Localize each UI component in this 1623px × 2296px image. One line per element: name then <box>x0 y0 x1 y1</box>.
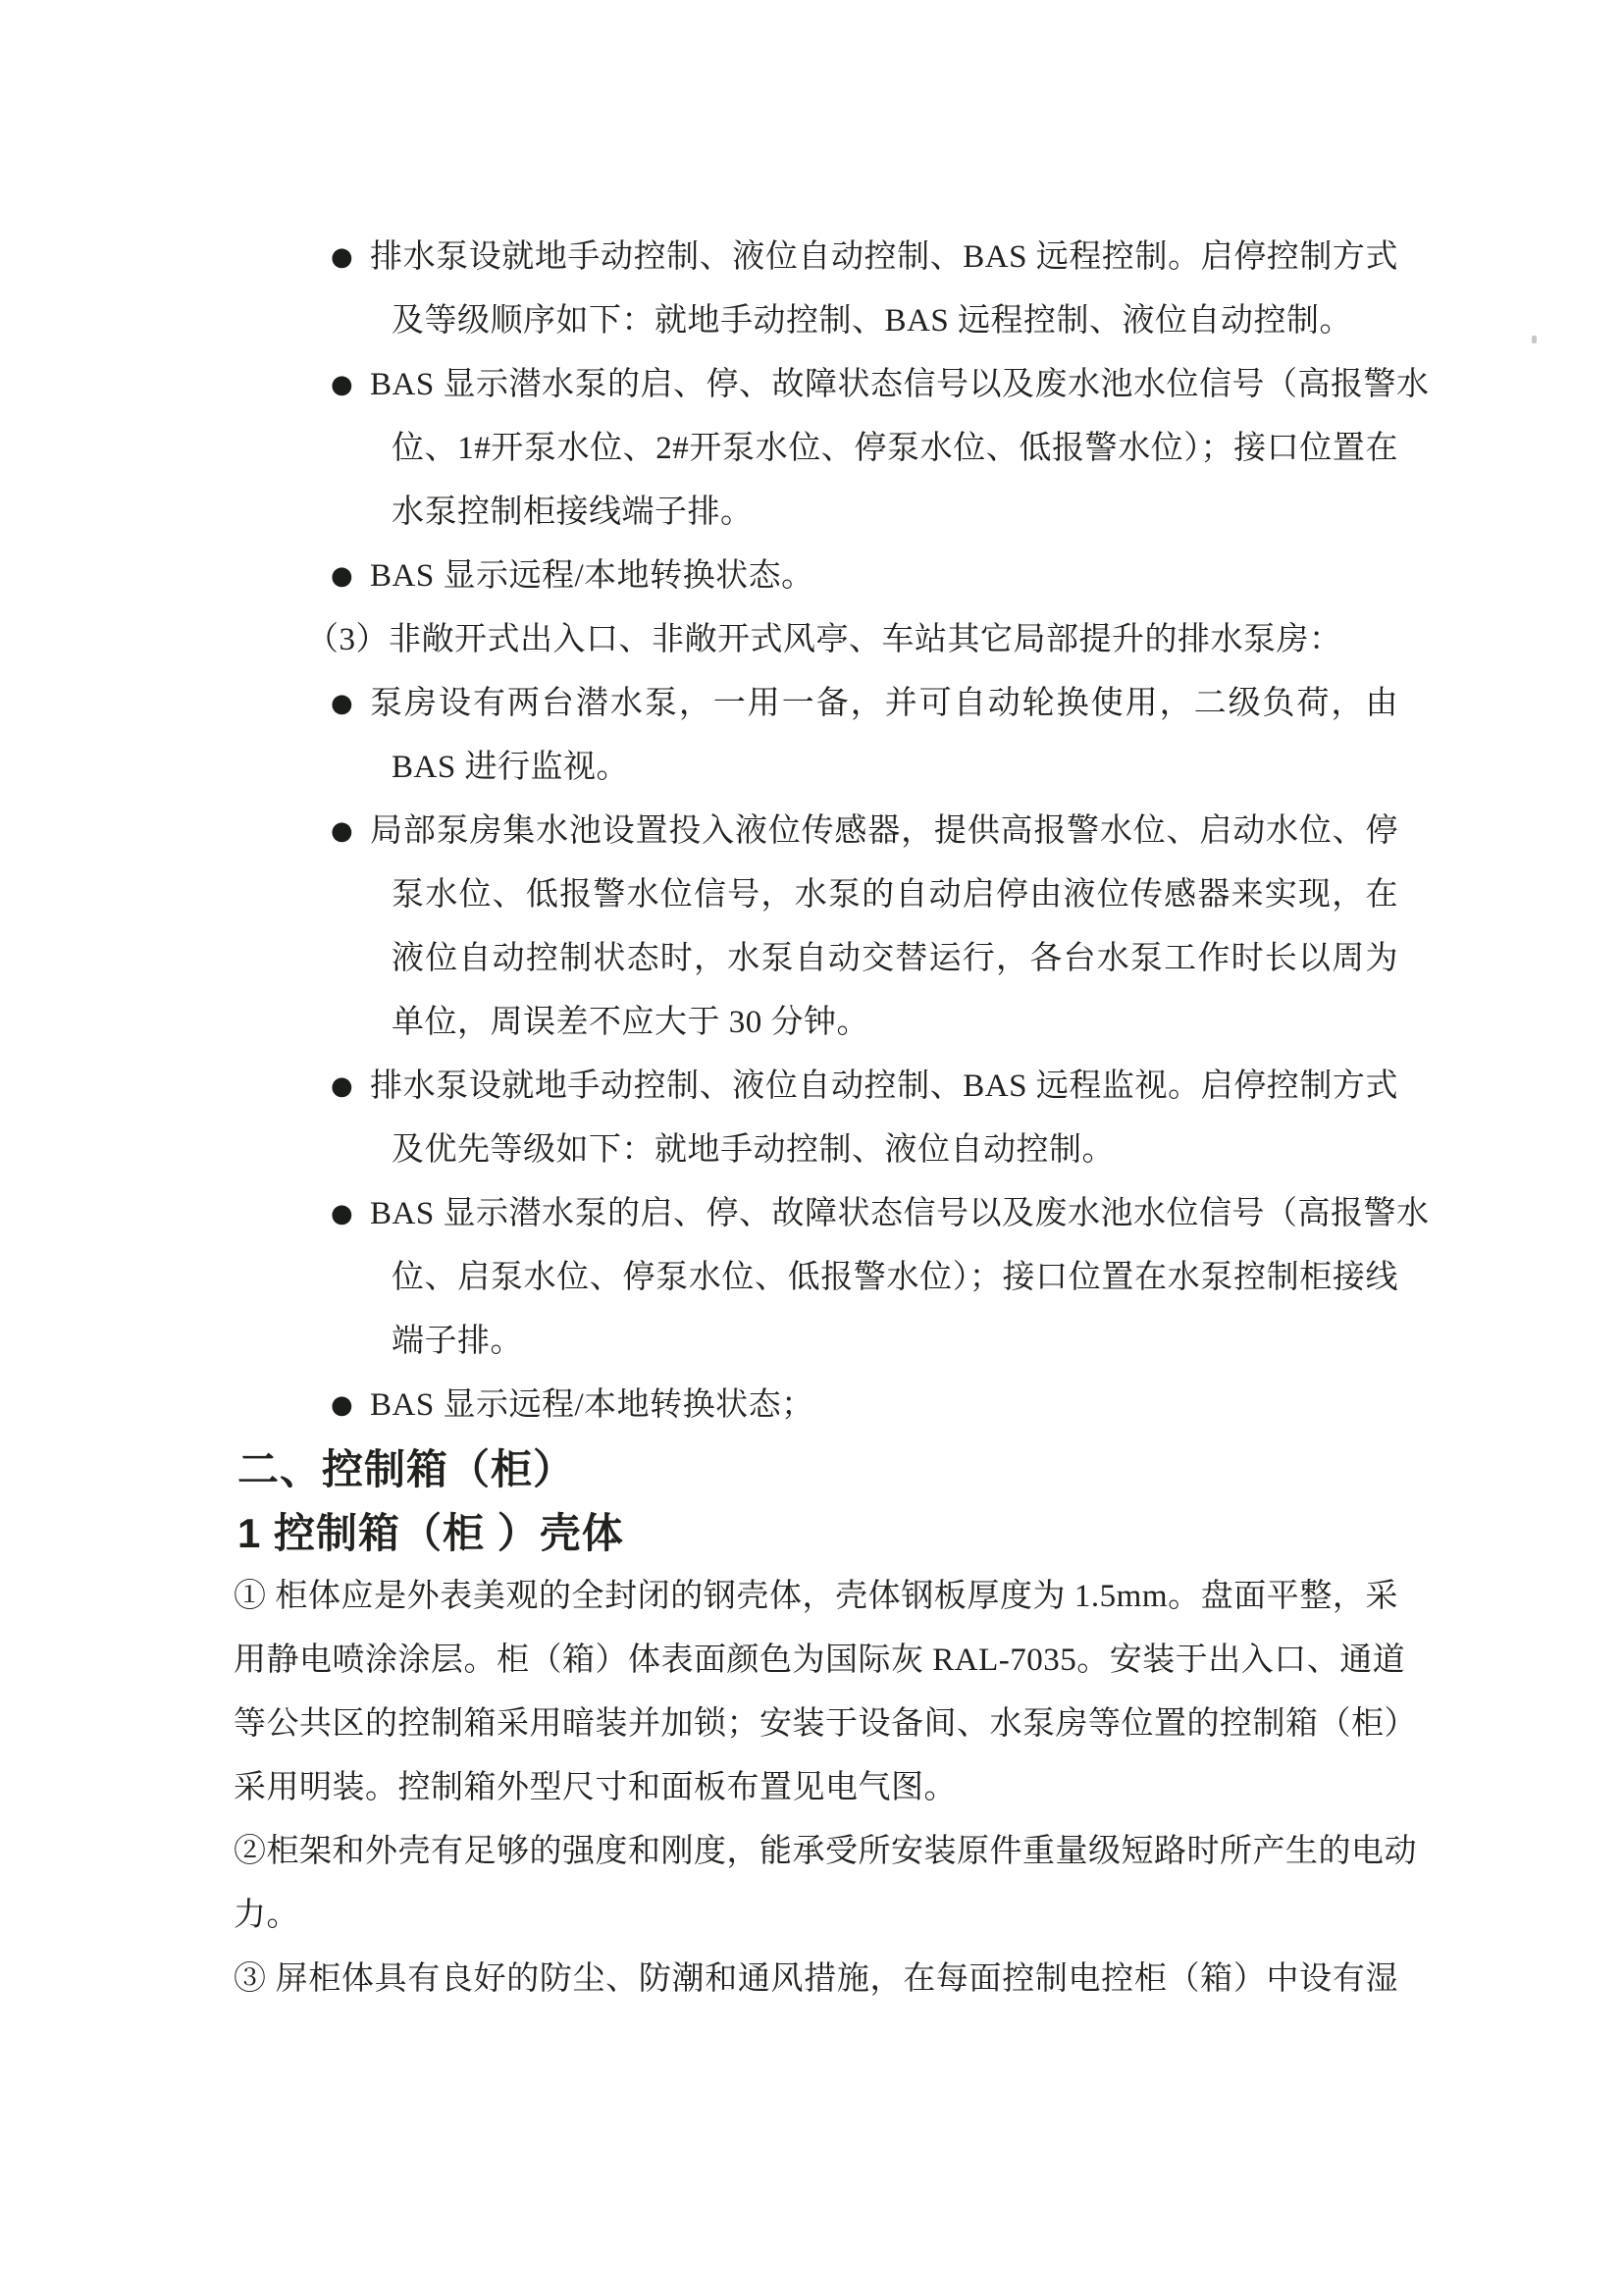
bullet-item: ●BAS 显示潜水泵的启、停、故障状态信号以及废水池水位信号（高报警水位、启泵水… <box>234 1182 1398 1374</box>
text-line: BAS 显示远程/本地转换状态。 <box>234 545 1398 608</box>
text-line: 等公共区的控制箱采用暗装并加锁；安装于设备间、水泵房等位置的控制箱（柜） <box>234 1693 1398 1756</box>
text-line: 泵水位、低报警水位信号，水泵的自动启停由液位传感器来实现，在 <box>234 863 1398 927</box>
text-line: 液位自动控制状态时，水泵自动交替运行，各台水泵工作时长以周为 <box>234 927 1398 991</box>
text-line: 采用明装。控制箱外型尺寸和面板布置见电气图。 <box>234 1756 1398 1820</box>
body-paragraph: ③ 屏柜体具有良好的防尘、防潮和通风措施，在每面控制电控柜（箱）中设有湿 <box>234 1948 1398 2011</box>
text-line: 排水泵设就地手动控制、液位自动控制、BAS 远程监视。启停控制方式 <box>234 1055 1398 1119</box>
bullet-icon: ● <box>331 1182 353 1246</box>
bullet-icon: ● <box>331 800 353 863</box>
document-page: ●排水泵设就地手动控制、液位自动控制、BAS 远程控制。启停控制方式及等级顺序如… <box>0 0 1623 2296</box>
text-line: （3）非敞开式出入口、非敞开式风亭、车站其它局部提升的排水泵房： <box>234 608 1398 672</box>
text-line: BAS 显示潜水泵的启、停、故障状态信号以及废水池水位信号（高报警水 <box>234 353 1398 417</box>
bullet-icon: ● <box>331 226 353 289</box>
body-paragraph: ②柜架和外壳有足够的强度和刚度，能承受所安装原件重量级短路时所产生的电动力。 <box>234 1820 1398 1948</box>
text-line: 位、1#开泵水位、2#开泵水位、停泵水位、低报警水位）；接口位置在 <box>234 417 1398 481</box>
text-line: 1 控制箱（柜 ）壳体 <box>234 1501 1398 1565</box>
text-line: ③ 屏柜体具有良好的防尘、防潮和通风措施，在每面控制电控柜（箱）中设有湿 <box>234 1948 1398 2011</box>
bullet-icon: ● <box>331 1374 353 1437</box>
text-line: 用静电喷涂涂层。柜（箱）体表面颜色为国际灰 RAL-7035。安装于出入口、通道 <box>234 1629 1398 1693</box>
section-heading: 二、控制箱（柜） <box>234 1437 1398 1501</box>
text-line: BAS 进行监视。 <box>234 736 1398 800</box>
numbered-item: （3）非敞开式出入口、非敞开式风亭、车站其它局部提升的排水泵房： <box>234 608 1398 672</box>
text-line: 水泵控制柜接线端子排。 <box>234 481 1398 545</box>
text-line: 单位，周误差不应大于 30 分钟。 <box>234 991 1398 1055</box>
bullet-item: ●BAS 显示远程/本地转换状态。 <box>234 545 1398 608</box>
text-line: 端子排。 <box>234 1310 1398 1374</box>
bullet-item: ●BAS 显示潜水泵的启、停、故障状态信号以及废水池水位信号（高报警水位、1#开… <box>234 353 1398 545</box>
text-line: BAS 显示远程/本地转换状态； <box>234 1374 1398 1437</box>
body-paragraph: ① 柜体应是外表美观的全封闭的钢壳体，壳体钢板厚度为 1.5mm。盘面平整，采用… <box>234 1565 1398 1820</box>
bullet-icon: ● <box>331 1055 353 1119</box>
text-line: 二、控制箱（柜） <box>234 1437 1398 1501</box>
text-line: 及优先等级如下：就地手动控制、液位自动控制。 <box>234 1119 1398 1182</box>
document-content: ●排水泵设就地手动控制、液位自动控制、BAS 远程控制。启停控制方式及等级顺序如… <box>234 226 1398 2011</box>
text-line: 局部泵房集水池设置投入液位传感器，提供高报警水位、启动水位、停 <box>234 800 1398 863</box>
text-line: 泵房设有两台潜水泵，一用一备，并可自动轮换使用，二级负荷，由 <box>234 672 1398 736</box>
scan-speck <box>1532 336 1537 343</box>
text-line: 排水泵设就地手动控制、液位自动控制、BAS 远程控制。启停控制方式 <box>234 226 1398 289</box>
bullet-item: ●BAS 显示远程/本地转换状态； <box>234 1374 1398 1437</box>
text-line: 力。 <box>234 1884 1398 1948</box>
text-line: ②柜架和外壳有足够的强度和刚度，能承受所安装原件重量级短路时所产生的电动 <box>234 1820 1398 1884</box>
bullet-icon: ● <box>331 672 353 736</box>
subsection-heading: 1 控制箱（柜 ）壳体 <box>234 1501 1398 1565</box>
text-line: ① 柜体应是外表美观的全封闭的钢壳体，壳体钢板厚度为 1.5mm。盘面平整，采 <box>234 1565 1398 1629</box>
bullet-item: ●局部泵房集水池设置投入液位传感器，提供高报警水位、启动水位、停泵水位、低报警水… <box>234 800 1398 1055</box>
bullet-item: ●排水泵设就地手动控制、液位自动控制、BAS 远程控制。启停控制方式及等级顺序如… <box>234 226 1398 353</box>
text-line: BAS 显示潜水泵的启、停、故障状态信号以及废水池水位信号（高报警水 <box>234 1182 1398 1246</box>
bullet-icon: ● <box>331 545 353 608</box>
bullet-item: ●泵房设有两台潜水泵，一用一备，并可自动轮换使用，二级负荷，由BAS 进行监视。 <box>234 672 1398 800</box>
text-line: 及等级顺序如下：就地手动控制、BAS 远程控制、液位自动控制。 <box>234 289 1398 353</box>
bullet-item: ●排水泵设就地手动控制、液位自动控制、BAS 远程监视。启停控制方式及优先等级如… <box>234 1055 1398 1182</box>
text-line: 位、启泵水位、停泵水位、低报警水位）；接口位置在水泵控制柜接线 <box>234 1246 1398 1310</box>
bullet-icon: ● <box>331 353 353 417</box>
